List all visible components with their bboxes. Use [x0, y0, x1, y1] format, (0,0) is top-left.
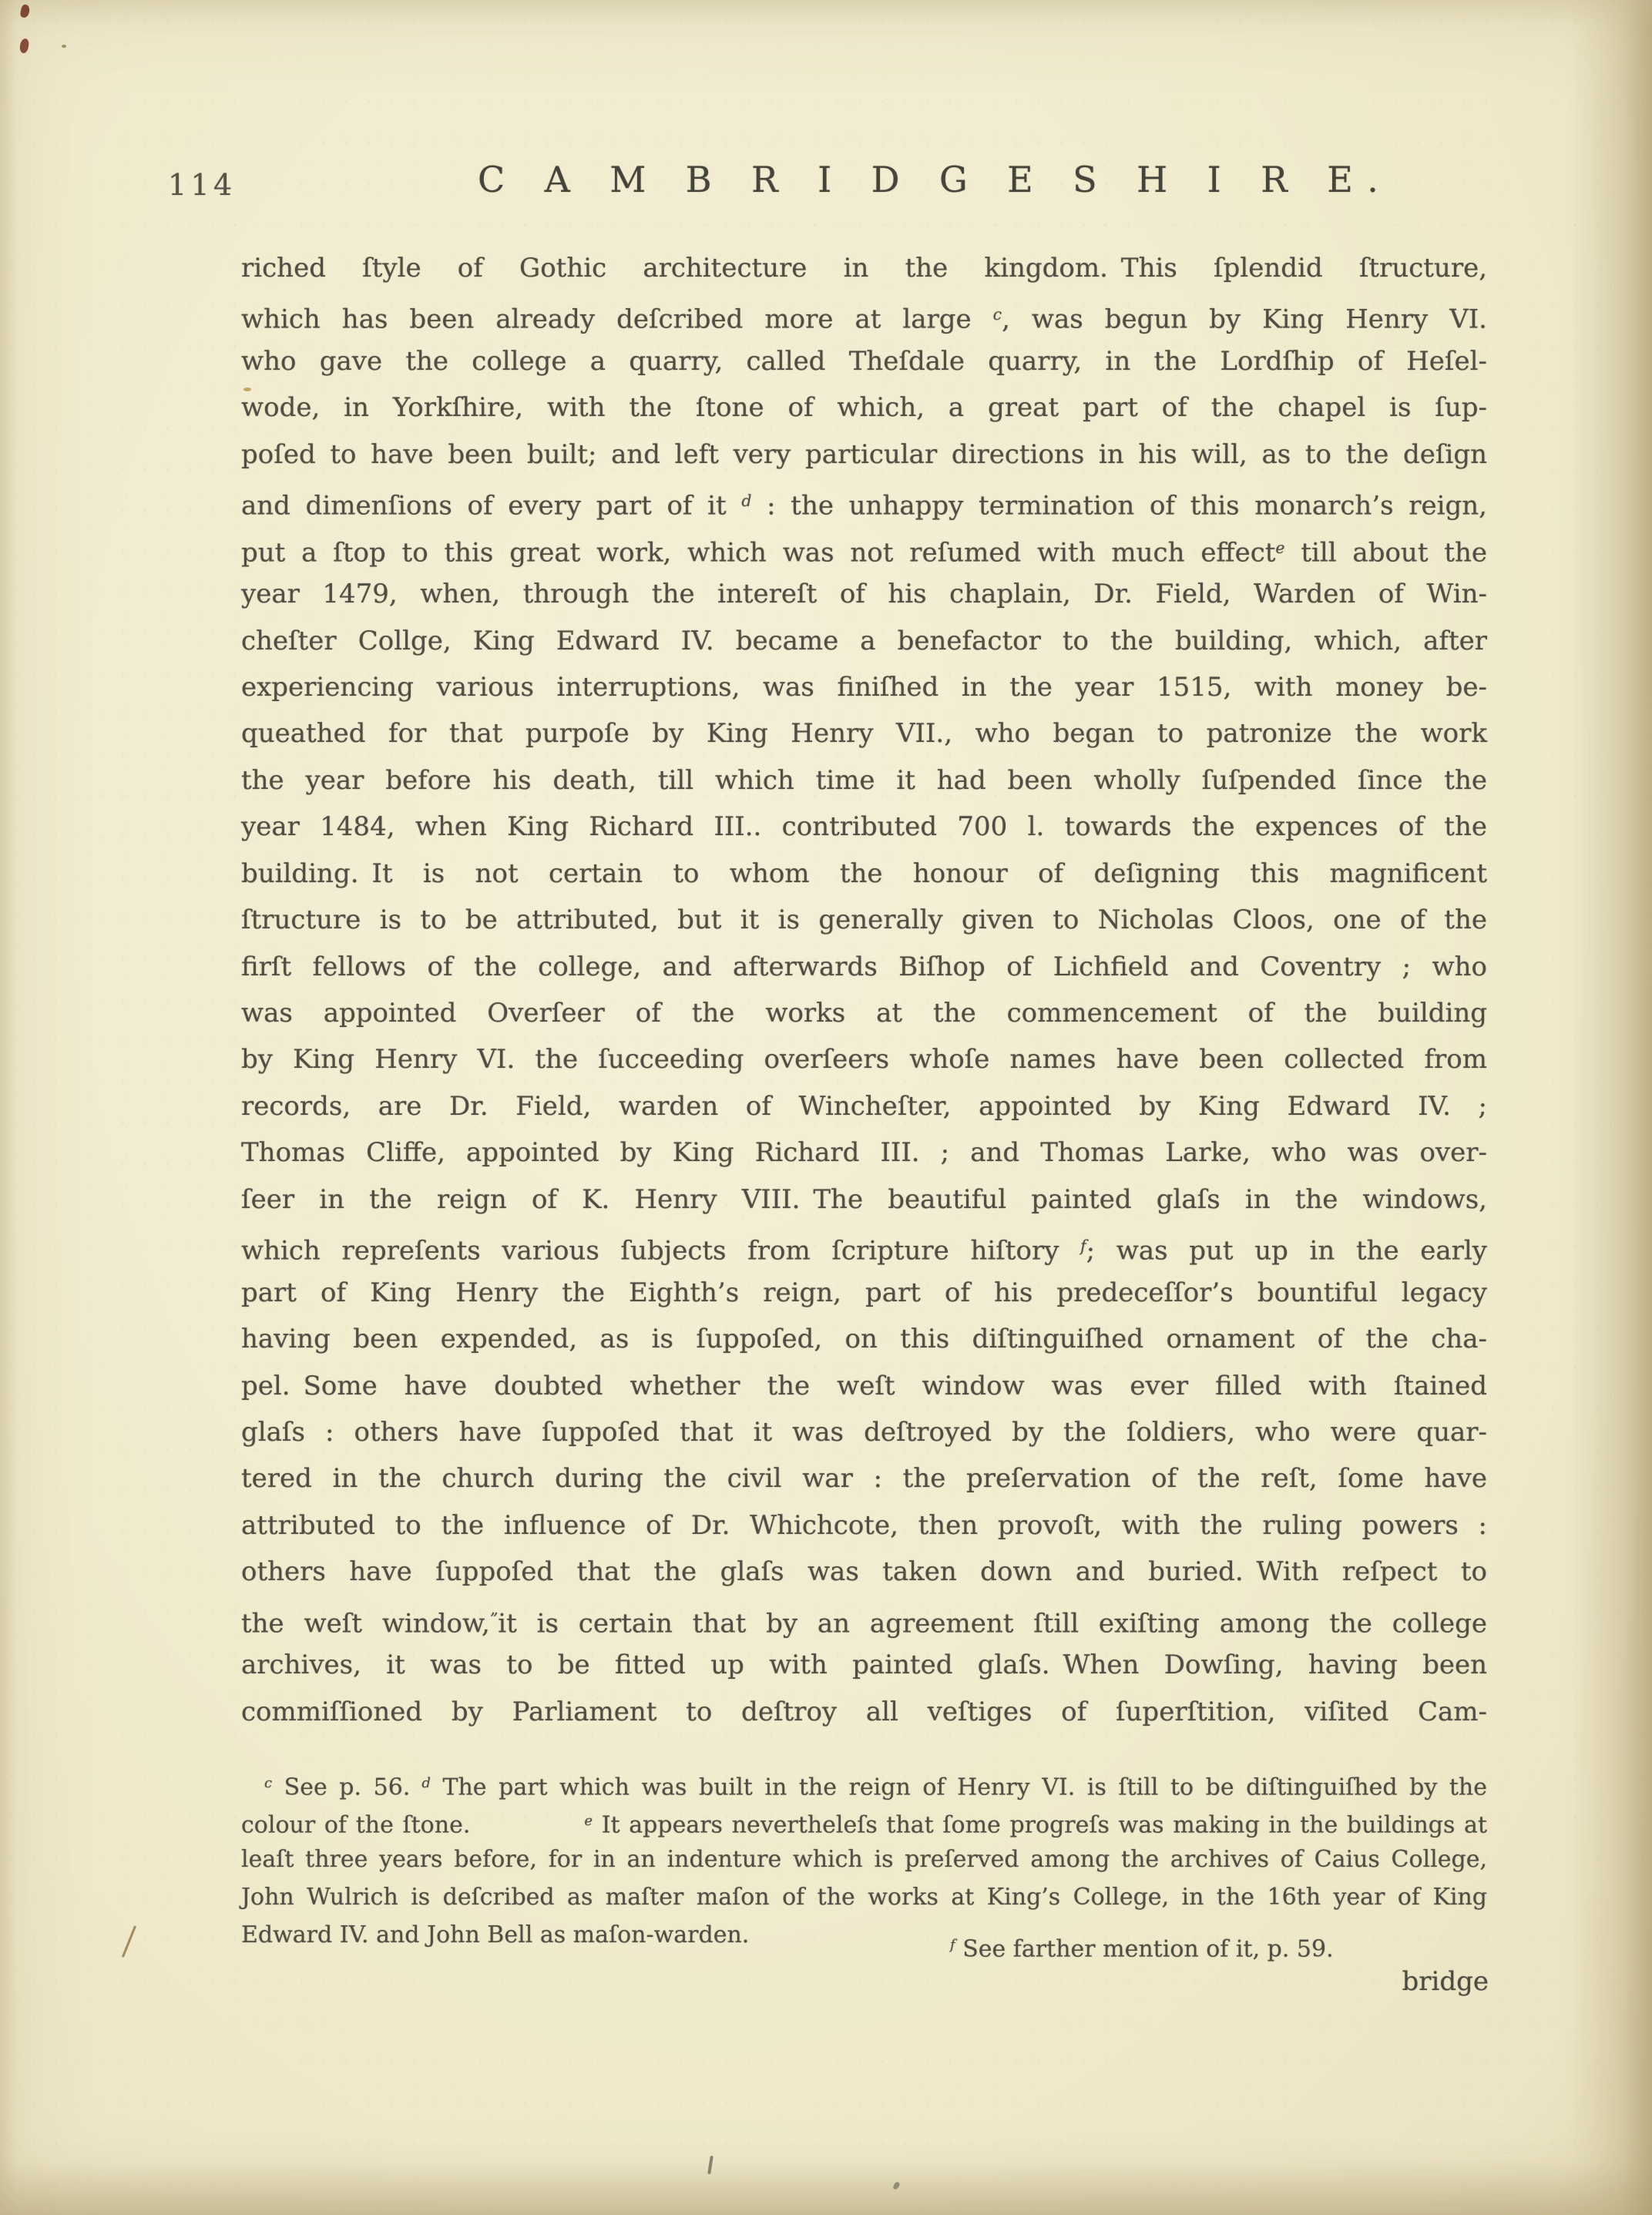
text-segment: experiencing various interruptions, was …	[241, 672, 1487, 703]
text-segment: firſt fellows of the college, and afterw…	[241, 951, 1487, 982]
text-segment: it is certain that by an agreement ſtill…	[498, 1608, 1487, 1639]
text-line: ſeer in the reign of K. Henry VIII. The …	[241, 1176, 1487, 1223]
text-line: poſed to have been built; and left very …	[241, 431, 1487, 478]
superscript-note-mark: d	[741, 492, 751, 510]
superscript-note-mark: c	[993, 305, 1002, 324]
paper-speck	[62, 45, 66, 48]
catchword: bridge	[1402, 1966, 1489, 1997]
text-segment: attributed to the influence of Dr. Which…	[241, 1510, 1487, 1541]
text-segment: building. It is not certain to whom the …	[241, 858, 1487, 889]
text-line: cheſter Collge, King Edward IV. became a…	[241, 618, 1487, 664]
text-segment: which repreſents various ſubjects from ſ…	[241, 1236, 1080, 1267]
text-line: ſtructure is to be attributed, but it is…	[241, 897, 1487, 943]
text-segment: Edward IV. and John Bell as maſon-warden…	[241, 1921, 749, 1948]
text-segment: glaſs : others have ſuppoſed that it was…	[241, 1417, 1487, 1448]
text-line: archives, it was to be fitted up with pa…	[241, 1642, 1487, 1688]
text-segment: by King Henry VI. the ſucceeding overſee…	[241, 1044, 1487, 1075]
book-page: 114 C A M B R I D G E S H I R E. riched …	[0, 0, 1652, 2215]
text-segment: cheſter Collge, King Edward IV. became a…	[241, 626, 1487, 656]
footnote-lines: c See p. 56. d The part which was built …	[241, 1764, 1487, 1916]
text-segment: See p. 56.	[272, 1774, 421, 1801]
text-line: pel. Some have doubted whether the weſt …	[241, 1363, 1487, 1409]
red-edge-mark	[19, 4, 31, 18]
text-segment: wode, in Yorkſhire, with the ſtone of wh…	[241, 392, 1487, 423]
superscript-note-mark: f	[950, 1937, 955, 1953]
text-line: leaſt three years before, for in an inde…	[241, 1841, 1487, 1878]
text-segment: poſed to have been built; and left very …	[241, 439, 1487, 470]
paper-speck	[707, 2156, 714, 2174]
text-segment: ; was put up in the early	[1086, 1236, 1487, 1267]
text-line: part of King Henry the Eighth’s reign, p…	[241, 1270, 1487, 1316]
text-segment: part of King Henry the Eighth’s reign, p…	[241, 1277, 1487, 1308]
text-segment: put a ſtop to this great work, which was…	[241, 537, 1275, 568]
text-segment: See farther mention of it, p. 59.	[955, 1936, 1334, 1963]
pen-slash-mark	[122, 1925, 136, 1958]
text-segment: ſeer in the reign of K. Henry VIII. The …	[241, 1184, 1487, 1215]
text-segment: colour of the ſtone.	[241, 1812, 470, 1839]
text-segment: John Wulrich is deſcribed as maſter maſo…	[241, 1884, 1487, 1911]
text-line: firſt fellows of the college, and afterw…	[241, 944, 1487, 990]
superscript-note-mark: c	[264, 1775, 272, 1791]
text-line: year 1479, when, through the intereſt of…	[241, 571, 1487, 617]
text-segment: tered in the church during the civil war…	[241, 1463, 1487, 1494]
superscript-note-mark: ”	[490, 1609, 498, 1628]
red-edge-mark	[19, 38, 30, 53]
text-line: John Wulrich is deſcribed as maſter maſo…	[241, 1878, 1487, 1916]
text-segment: : the unhappy termination of this monarc…	[751, 491, 1487, 522]
text-segment: , was begun by King Henry VI.	[1002, 304, 1487, 335]
superscript-note-mark: d	[421, 1775, 431, 1791]
text-line: Thomas Cliffe, appointed by King Richard…	[241, 1129, 1487, 1176]
text-segment: was appointed Overſeer of the works at t…	[241, 998, 1487, 1029]
text-segment: which has been already deſcribed more at…	[241, 304, 993, 335]
running-title: C A M B R I D G E S H I R E.	[478, 159, 1256, 200]
text-segment: records, are Dr. Field, warden of Winche…	[241, 1091, 1487, 1122]
text-line: riched ſtyle of Gothic architecture in t…	[241, 245, 1487, 291]
text-segment: till about the	[1285, 537, 1488, 568]
text-line: the year before his death, till which ti…	[241, 757, 1487, 804]
text-segment: who gave the college a quarry, called Th…	[241, 346, 1487, 377]
text-segment: It appears nevertheleſs that ſome progre…	[593, 1812, 1487, 1839]
text-line: year 1484, when King Richard III.. contr…	[241, 804, 1487, 850]
text-line: attributed to the influence of Dr. Which…	[241, 1502, 1487, 1549]
superscript-note-mark: f	[1080, 1237, 1086, 1255]
text-line: the weſt window,”it is certain that by a…	[241, 1596, 1487, 1642]
text-segment: ſtructure is to be attributed, but it is…	[241, 904, 1487, 935]
text-line: glaſs : others have ſuppoſed that it was…	[241, 1409, 1487, 1455]
page-number: 114	[168, 168, 237, 202]
text-segment: leaſt three years before, for in an inde…	[241, 1846, 1487, 1873]
superscript-note-mark: e	[1275, 539, 1284, 557]
footnote-last-left: Edward IV. and John Bell as maſon-warden…	[241, 1921, 749, 1948]
text-segment: pel. Some have doubted whether the weſt …	[241, 1371, 1487, 1401]
text-segment: and dimenſions of every part of it	[241, 491, 741, 522]
text-line: experiencing various interruptions, was …	[241, 664, 1487, 710]
footnote-last-right: f See farther mention of it, p. 59.	[950, 1926, 1334, 1968]
text-segment: having been expended, as is ſuppoſed, on…	[241, 1324, 1487, 1354]
text-line: colour of the ſtone.e It appears neverth…	[241, 1802, 1487, 1840]
text-segment: riched ſtyle of Gothic architecture in t…	[241, 253, 1487, 284]
text-segment: archives, it was to be fitted up with pa…	[241, 1650, 1487, 1680]
paper-speck	[893, 2181, 901, 2190]
text-segment: The part which was built in the reign of…	[431, 1774, 1487, 1801]
text-line: others have ſuppoſed that the glaſs was …	[241, 1549, 1487, 1595]
text-line: wode, in Yorkſhire, with the ſtone of wh…	[241, 384, 1487, 431]
text-line: who gave the college a quarry, called Th…	[241, 338, 1487, 384]
text-line: c See p. 56. d The part which was built …	[241, 1764, 1487, 1802]
text-line: commiſſioned by Parliament to deſtroy al…	[241, 1689, 1487, 1735]
text-segment: queathed for that purpoſe by King Henry …	[241, 718, 1487, 749]
text-segment: the weſt window,	[241, 1608, 490, 1639]
text-segment: the year before his death, till which ti…	[241, 765, 1487, 796]
text-segment: commiſſioned by Parliament to deſtroy al…	[241, 1696, 1487, 1727]
text-line: tered in the church during the civil war…	[241, 1455, 1487, 1502]
text-line: building. It is not certain to whom the …	[241, 851, 1487, 897]
text-line: records, are Dr. Field, warden of Winche…	[241, 1083, 1487, 1129]
text-line: having been expended, as is ſuppoſed, on…	[241, 1316, 1487, 1362]
text-line: queathed for that purpoſe by King Henry …	[241, 710, 1487, 757]
text-segment: Thomas Cliffe, appointed by King Richard…	[241, 1137, 1487, 1168]
text-segment: year 1479, when, through the intereſt of…	[241, 579, 1487, 609]
body-text: riched ſtyle of Gothic architecture in t…	[241, 245, 1487, 1735]
text-line: put a ſtop to this great work, which was…	[241, 525, 1487, 571]
text-line: which repreſents various ſubjects from ſ…	[241, 1223, 1487, 1269]
text-segment: year 1484, when King Richard III.. contr…	[241, 811, 1487, 842]
footnotes: c See p. 56. d The part which was built …	[241, 1764, 1487, 1954]
text-line: by King Henry VI. the ſucceeding overſee…	[241, 1036, 1487, 1082]
text-segment: others have ſuppoſed that the glaſs was …	[241, 1556, 1487, 1587]
text-line: and dimenſions of every part of it d : t…	[241, 478, 1487, 524]
text-line: which has been already deſcribed more at…	[241, 291, 1487, 337]
text-line: was appointed Overſeer of the works at t…	[241, 990, 1487, 1036]
superscript-note-mark: e	[584, 1813, 593, 1829]
footnote-last-line: Edward IV. and John Bell as maſon-warden…	[241, 1916, 1487, 1954]
